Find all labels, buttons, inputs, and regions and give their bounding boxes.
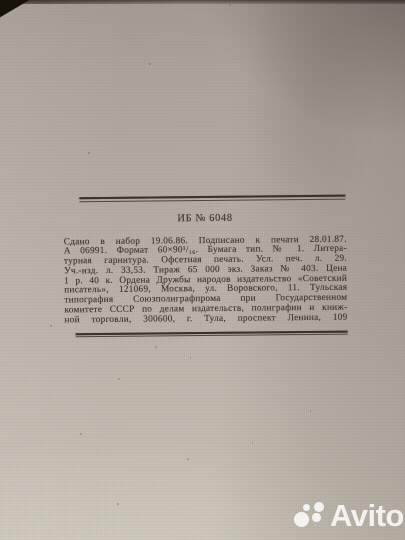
avito-watermark-text: Avito bbox=[330, 500, 404, 531]
colophon-text: Сдано в набор 19.06.86. Подписано к печа… bbox=[64, 235, 348, 326]
paper-speck bbox=[187, 458, 189, 460]
paper-speck bbox=[117, 503, 119, 505]
avito-circles-logo-icon bbox=[293, 496, 331, 530]
paper-speck bbox=[229, 4, 231, 6]
paper-speck bbox=[80, 433, 82, 435]
paper-speck bbox=[50, 325, 52, 327]
colophon-line: ной торговли, 300600, г. Тула, проспект … bbox=[64, 314, 347, 327]
avito-logo-circle bbox=[303, 504, 310, 511]
paper-speck bbox=[190, 357, 191, 359]
book-page-photo: ИБ № 6048 Сдано в набор 19.06.86. Подпис… bbox=[0, 0, 405, 540]
colophon-block: ИБ № 6048 Сдано в набор 19.06.86. Подпис… bbox=[63, 195, 347, 338]
avito-watermark: Avito bbox=[293, 496, 405, 538]
paper-speck bbox=[88, 152, 90, 154]
paper-speck bbox=[118, 378, 120, 380]
bottom-double-rule bbox=[76, 330, 348, 337]
background-corner-dark bbox=[0, 0, 31, 18]
paper-speck bbox=[155, 346, 157, 348]
avito-logo-circle bbox=[314, 502, 325, 513]
avito-logo-circle bbox=[294, 512, 309, 527]
colophon-header: ИБ № 6048 bbox=[63, 211, 346, 225]
paper-speck bbox=[310, 410, 311, 412]
top-double-rule bbox=[79, 195, 345, 202]
avito-logo-circle bbox=[312, 513, 321, 522]
photo-top-edge-shadow bbox=[0, 0, 405, 4]
paper-speck bbox=[252, 442, 253, 444]
paper-speck bbox=[149, 63, 151, 65]
